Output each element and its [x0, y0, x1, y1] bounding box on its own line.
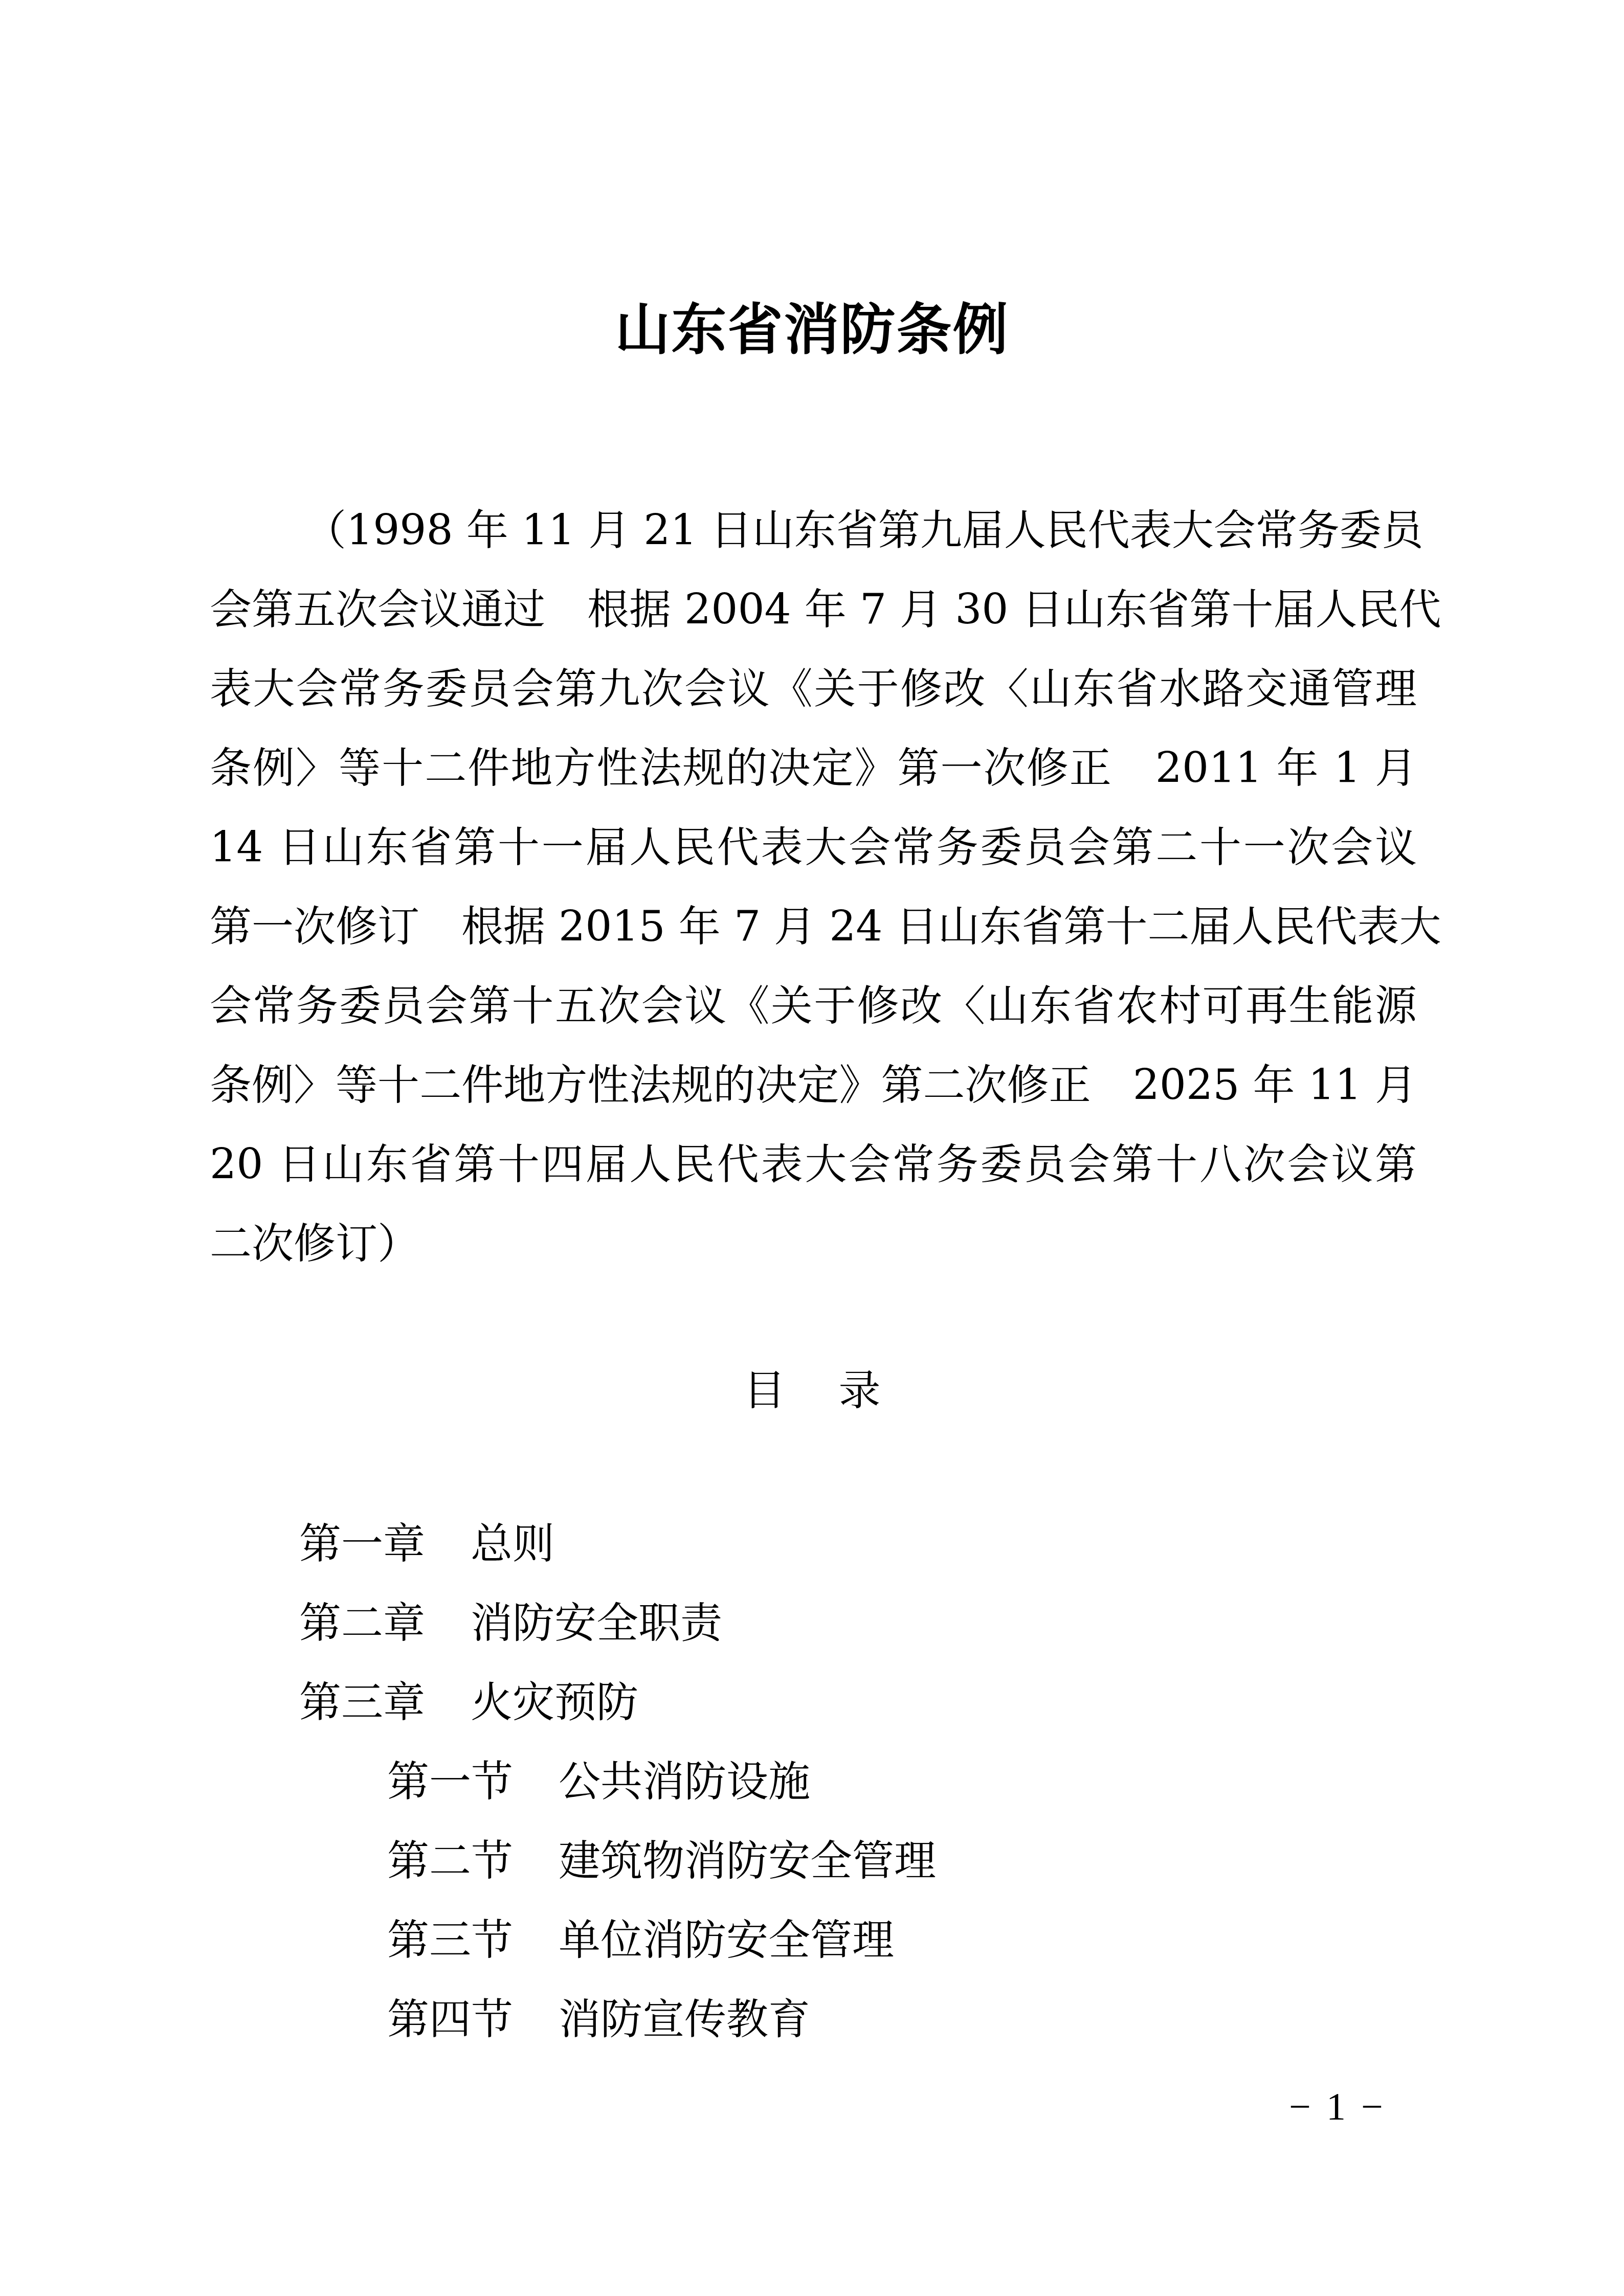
- page-number-dash-left: −: [1289, 2081, 1311, 2132]
- page-number-dash-right: −: [1361, 2081, 1383, 2132]
- toc-section-2[interactable]: 第二节建筑物消防安全管理: [387, 1831, 936, 1892]
- preamble-line: 表大会常务委员会第九次会议《关于修改〈山东省水路交通管理: [210, 649, 1417, 729]
- toc-item-title: 消防宣传教育: [559, 1995, 810, 2044]
- toc-item-title: 总则: [471, 1520, 554, 1568]
- toc-item-number: 第三节: [387, 1910, 559, 1971]
- toc-item-number: 第二节: [387, 1831, 559, 1892]
- legislative-history-preamble: （1998 年 11 月 21 日山东省第九届人民代表大会常务委员 会第五次会议…: [210, 491, 1417, 1284]
- toc-heading: 目录: [0, 1360, 1624, 1422]
- toc-chapter-2[interactable]: 第二章消防安全职责: [299, 1593, 722, 1654]
- toc-item-number: 第二章: [299, 1593, 471, 1654]
- toc-item-title: 建筑物消防安全管理: [559, 1837, 936, 1885]
- toc-item-title: 公共消防设施: [559, 1758, 810, 1806]
- toc-item-number: 第一章: [299, 1514, 471, 1575]
- document-page: 山东省消防条例 （1998 年 11 月 21 日山东省第九届人民代表大会常务委…: [0, 0, 1624, 2296]
- preamble-line: 第一次修订 根据 2015 年 7 月 24 日山东省第十二届人民代表大: [210, 887, 1417, 966]
- preamble-line: （1998 年 11 月 21 日山东省第九届人民代表大会常务委员: [210, 491, 1417, 570]
- toc-chapter-3[interactable]: 第三章火灾预防: [299, 1672, 638, 1734]
- toc-heading-char: 目: [743, 1360, 785, 1422]
- toc-section-1[interactable]: 第一节公共消防设施: [387, 1751, 810, 1813]
- preamble-line: 条例〉等十二件地方性法规的决定》第二次修正 2025 年 11 月: [210, 1046, 1417, 1125]
- preamble-line: 二次修订）: [210, 1204, 1417, 1284]
- preamble-line: 条例〉等十二件地方性法规的决定》第一次修正 2011 年 1 月: [210, 729, 1417, 808]
- toc-section-4[interactable]: 第四节消防宣传教育: [387, 1989, 810, 2051]
- document-title: 山东省消防条例: [0, 294, 1624, 366]
- preamble-line: 会第五次会议通过 根据 2004 年 7 月 30 日山东省第十届人民代: [210, 570, 1417, 649]
- toc-item-title: 单位消防安全管理: [559, 1916, 894, 1965]
- toc-item-title: 消防安全职责: [471, 1599, 722, 1648]
- page-number-value: 1: [1326, 2085, 1346, 2128]
- toc-item-number: 第三章: [299, 1672, 471, 1734]
- preamble-line: 20 日山东省第十四届人民代表大会常务委员会第十八次会议第: [210, 1125, 1417, 1204]
- toc-item-number: 第一节: [387, 1751, 559, 1813]
- toc-section-3[interactable]: 第三节单位消防安全管理: [387, 1910, 894, 1971]
- toc-item-title: 火灾预防: [471, 1678, 638, 1727]
- page-number: −1−: [1274, 2081, 1398, 2132]
- preamble-line: 会常务委员会第十五次会议《关于修改〈山东省农村可再生能源: [210, 966, 1417, 1046]
- toc-heading-char: 录: [839, 1360, 881, 1422]
- preamble-line: 14 日山东省第十一届人民代表大会常务委员会第二十一次会议: [210, 808, 1417, 887]
- toc-chapter-1[interactable]: 第一章总则: [299, 1514, 554, 1575]
- toc-item-number: 第四节: [387, 1989, 559, 2051]
